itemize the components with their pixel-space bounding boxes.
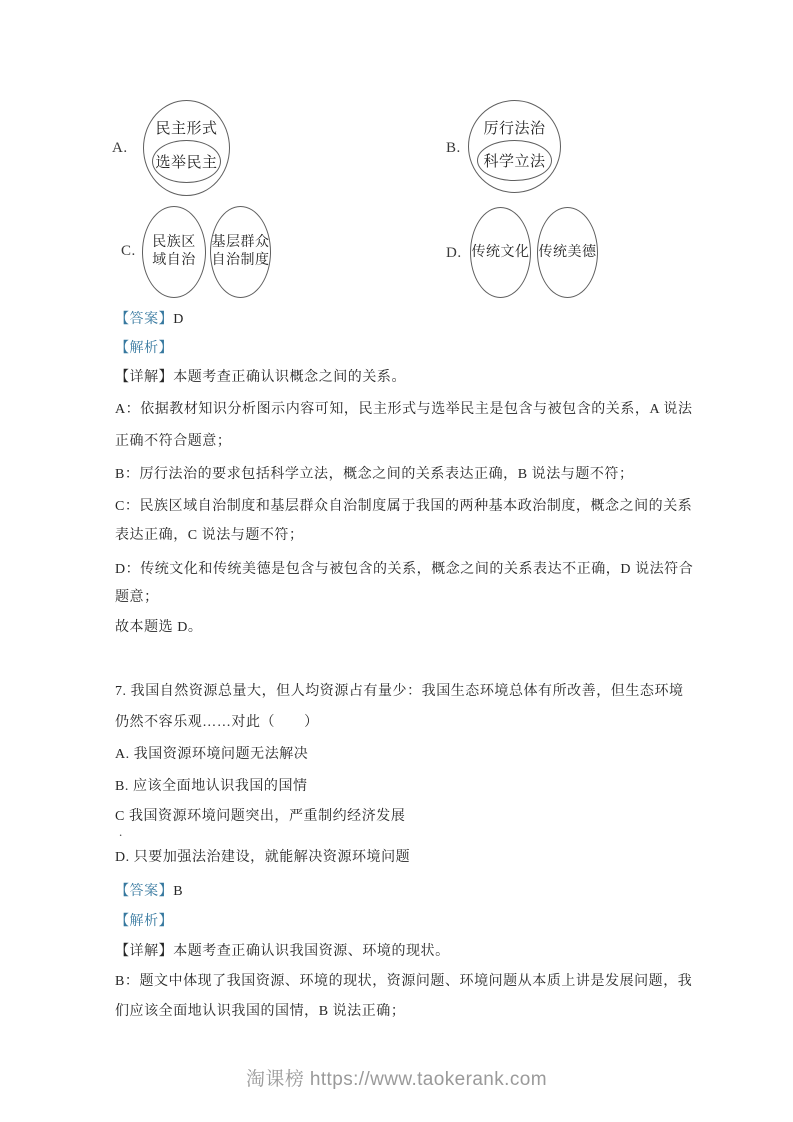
text-segment: 7. 我国自然资源总量大，但人均资源占有量少：我国生态环境总体有所改善，但生态环… (115, 684, 684, 699)
document-page: A. 民主形式 选举民主 B. 厉行法治 科学立法 C. 民族区 域自治 基层群… (0, 0, 793, 1122)
option-b-outer-ellipse: 厉行法治 科学立法 (468, 100, 561, 193)
analysis-label-q7: 【解析】 (115, 912, 173, 932)
answer-line-q7: 【答案】B (115, 882, 183, 902)
text-segment: 仍然不容乐观……对此（ ） (115, 715, 319, 730)
option-c-right-ellipse: 基层群众 自治制度 (210, 206, 271, 298)
option-a-outer-text: 民主形式 (144, 117, 229, 138)
option-b-label: B. (446, 140, 461, 157)
text-segment: A：依据教材知识分析图示内容可知，民主形式与选举民主是包含与被包含的关系，A 说… (115, 402, 693, 417)
detail-line: A：依据教材知识分析图示内容可知，民主形式与选举民主是包含与被包含的关系，A 说… (115, 400, 693, 420)
text-segment: 表达正确，C 说法与题不符； (115, 528, 304, 543)
detail-line: B：题文中体现了我国资源、环境的现状，资源问题、环境问题从本质上讲是发展问题，我 (115, 972, 692, 992)
text-segment: 正确不符合题意； (115, 434, 231, 449)
text-segment: B：题文中体现了我国资源、环境的现状，资源问题、环境问题从本质上讲是发展问题，我 (115, 974, 692, 989)
bracket-label: 【答案】 (115, 312, 173, 327)
option-a-inner-text: 选举民主 (155, 151, 217, 172)
text-segment: B：厉行法治的要求包括科学立法，概念之间的关系表达正确，B 说法与题不符； (115, 467, 634, 482)
text-segment: C 我国资源环境问题突出，严重制约经济发展 (115, 809, 405, 824)
text-segment: D. 只要加强法治建设，就能解决资源环境问题 (115, 850, 410, 865)
option-d-label: D. (446, 245, 462, 262)
text-segment: B. 应该全面地认识我国的国情 (115, 779, 308, 794)
option-c-q7: C 我国资源环境问题突出，严重制约经济发展 (115, 807, 405, 827)
text-segment: 故本题选 D。 (115, 620, 202, 635)
text-segment: 【详解】本题考查正确认识概念之间的关系。 (115, 370, 406, 385)
detail-line: 表达正确，C 说法与题不符； (115, 526, 304, 546)
text-segment: A. 我国资源环境问题无法解决 (115, 747, 308, 762)
text-segment: 们应该全面地认识我国的国情，B 说法正确； (115, 1004, 405, 1019)
text-segment: C：民族区域自治制度和基层群众自治制度属于我国的两种基本政治制度，概念之间的关系 (115, 499, 692, 514)
detail-line: 题意； (115, 588, 159, 608)
site-watermark: 淘课榜 https://www.taokerank.com (0, 1064, 793, 1091)
conclusion-line: 故本题选 D。 (115, 618, 202, 638)
bracket-label: 【答案】 (115, 884, 173, 899)
option-d-left-text: 传统文化 (472, 244, 530, 262)
detail-line: C：民族区域自治制度和基层群众自治制度属于我国的两种基本政治制度，概念之间的关系 (115, 497, 692, 517)
option-b-outer-text: 厉行法治 (469, 117, 560, 138)
option-b-inner-text: 科学立法 (483, 150, 545, 171)
detail-line: 【详解】本题考查正确认识概念之间的关系。 (115, 368, 406, 388)
option-d-right-text: 传统美德 (539, 244, 597, 262)
option-a-inner-ellipse: 选举民主 (152, 140, 221, 183)
text-segment: 题意； (115, 590, 159, 605)
option-c-left-text: 民族区 域自治 (152, 234, 196, 270)
option-a-q7: A. 我国资源环境问题无法解决 (115, 745, 308, 765)
bracket-label: 【解析】 (115, 341, 173, 356)
text-segment: 【详解】本题考查正确认识我国资源、环境的现状。 (115, 944, 450, 959)
answer-line-q6: 【答案】D (115, 310, 184, 330)
detail-line: D：传统文化和传统美德是包含与被包含的关系，概念之间的关系表达不正确，D 说法符… (115, 560, 693, 580)
text-segment: B (173, 884, 183, 899)
text-segment: D：传统文化和传统美德是包含与被包含的关系，概念之间的关系表达不正确，D 说法符… (115, 562, 693, 577)
option-b-inner-ellipse: 科学立法 (477, 140, 552, 181)
option-c-right-text: 基层群众 自治制度 (212, 234, 270, 270)
analysis-label-q6: 【解析】 (115, 339, 173, 359)
option-a-label: A. (112, 140, 128, 157)
option-d-left-ellipse: 传统文化 (470, 207, 531, 298)
detail-line: 正确不符合题意； (115, 432, 231, 452)
detail-line: B：厉行法治的要求包括科学立法，概念之间的关系表达正确，B 说法与题不符； (115, 465, 634, 485)
option-d-q7: D. 只要加强法治建设，就能解决资源环境问题 (115, 848, 410, 868)
option-d-right-ellipse: 传统美德 (537, 207, 598, 298)
option-c-label: C. (121, 243, 136, 260)
question7-stem: 7. 我国自然资源总量大，但人均资源占有量少：我国生态环境总体有所改善，但生态环… (115, 682, 684, 702)
detail-line: 【详解】本题考查正确认识我国资源、环境的现状。 (115, 942, 450, 962)
detail-line: 们应该全面地认识我国的国情，B 说法正确； (115, 1002, 405, 1022)
bracket-label: 【解析】 (115, 914, 173, 929)
stray-mark: . (119, 824, 122, 840)
option-a-outer-ellipse: 民主形式 选举民主 (143, 100, 230, 196)
option-b-q7: B. 应该全面地认识我国的国情 (115, 777, 308, 797)
question7-stem: 仍然不容乐观……对此（ ） (115, 713, 319, 733)
text-segment: D (173, 312, 184, 327)
option-c-left-ellipse: 民族区 域自治 (142, 206, 206, 298)
